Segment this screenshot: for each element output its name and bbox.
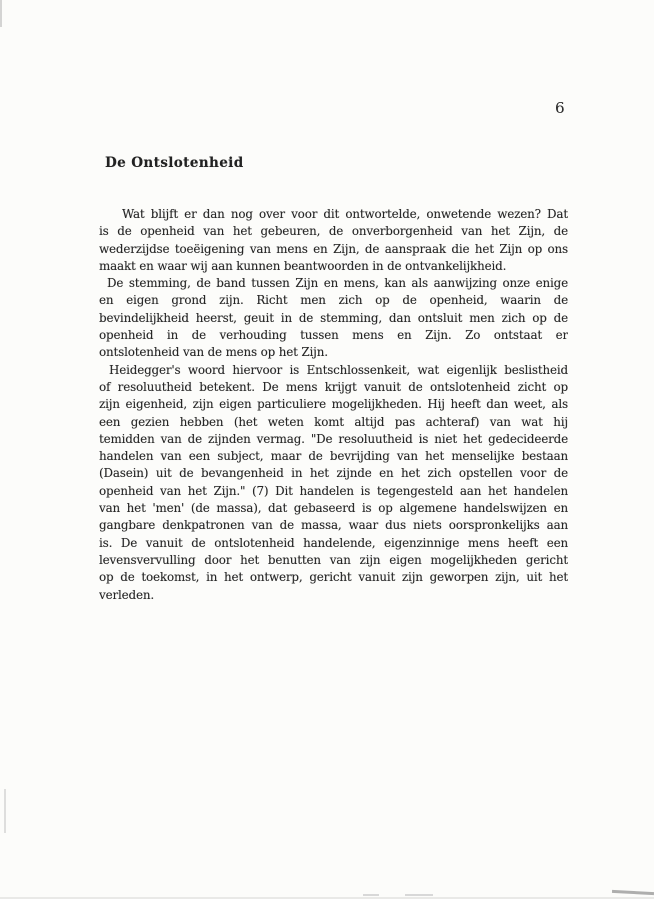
scan-artifact-bottom-right-corner — [612, 890, 654, 895]
text-line: van het 'men' (de massa), dat gebaseerd … — [99, 500, 568, 517]
scan-artifact-bottom-smudge — [405, 894, 433, 896]
body-text: Wat blijft er dan nog over voor dit ontw… — [99, 206, 568, 604]
text-line: temidden van de zijnden vermag. "De reso… — [99, 431, 568, 448]
text-line: maakt en waar wij aan kunnen beantwoorde… — [99, 258, 568, 275]
text-line: verleden. — [99, 587, 568, 604]
text-line: handelen van een subject, maar de bevrij… — [99, 448, 568, 465]
text-line: Wat blijft er dan nog over voor dit ontw… — [99, 206, 568, 223]
text-line: gangbare denkpatronen van de massa, waar… — [99, 517, 568, 534]
text-line: of resoluutheid betekent. De mens krijgt… — [99, 379, 568, 396]
paragraph: De stemming, de band tussen Zijn en mens… — [99, 275, 568, 361]
scan-artifact-left-edge-mark — [4, 789, 6, 833]
text-line: wederzijdse toeëigening van mens en Zijn… — [99, 241, 568, 258]
text-line: is. De vanuit de ontslotenheid handelend… — [99, 535, 568, 552]
text-line: zijn eigenheid, zijn eigen particuliere … — [99, 396, 568, 413]
scan-artifact-top-left-edge — [0, 0, 2, 27]
text-line: een gezien hebben (het weten komt altijd… — [99, 414, 568, 431]
text-line: openheid van het Zijn." (7) Dit handelen… — [99, 483, 568, 500]
text-line: en eigen grond zijn. Richt men zich op d… — [99, 292, 568, 309]
text-line: (Dasein) uit de bevangenheid in het zijn… — [99, 465, 568, 482]
page-title: De Ontslotenheid — [105, 154, 244, 172]
text-line: op de toekomst, in het ontwerp, gericht … — [99, 569, 568, 586]
text-line: openheid in de verhouding tussen mens en… — [99, 327, 568, 344]
text-line: ontslotenheid van de mens op het Zijn. — [99, 344, 568, 361]
text-line: levensvervulling door het benutten van z… — [99, 552, 568, 569]
scan-artifact-bottom-smudge — [363, 894, 379, 896]
text-line: Heidegger's woord hiervoor is Entschloss… — [99, 362, 568, 379]
text-line: is de openheid van het gebeuren, de onve… — [99, 223, 568, 240]
text-line: De stemming, de band tussen Zijn en mens… — [99, 275, 568, 292]
scanned-document-page: 6 De Ontslotenheid Wat blijft er dan nog… — [0, 0, 654, 899]
paragraph: Heidegger's woord hiervoor is Entschloss… — [99, 362, 568, 604]
paragraph: Wat blijft er dan nog over voor dit ontw… — [99, 206, 568, 275]
text-line: bevindelijkheid heerst, geuit in de stem… — [99, 310, 568, 327]
page-number: 6 — [555, 99, 565, 117]
